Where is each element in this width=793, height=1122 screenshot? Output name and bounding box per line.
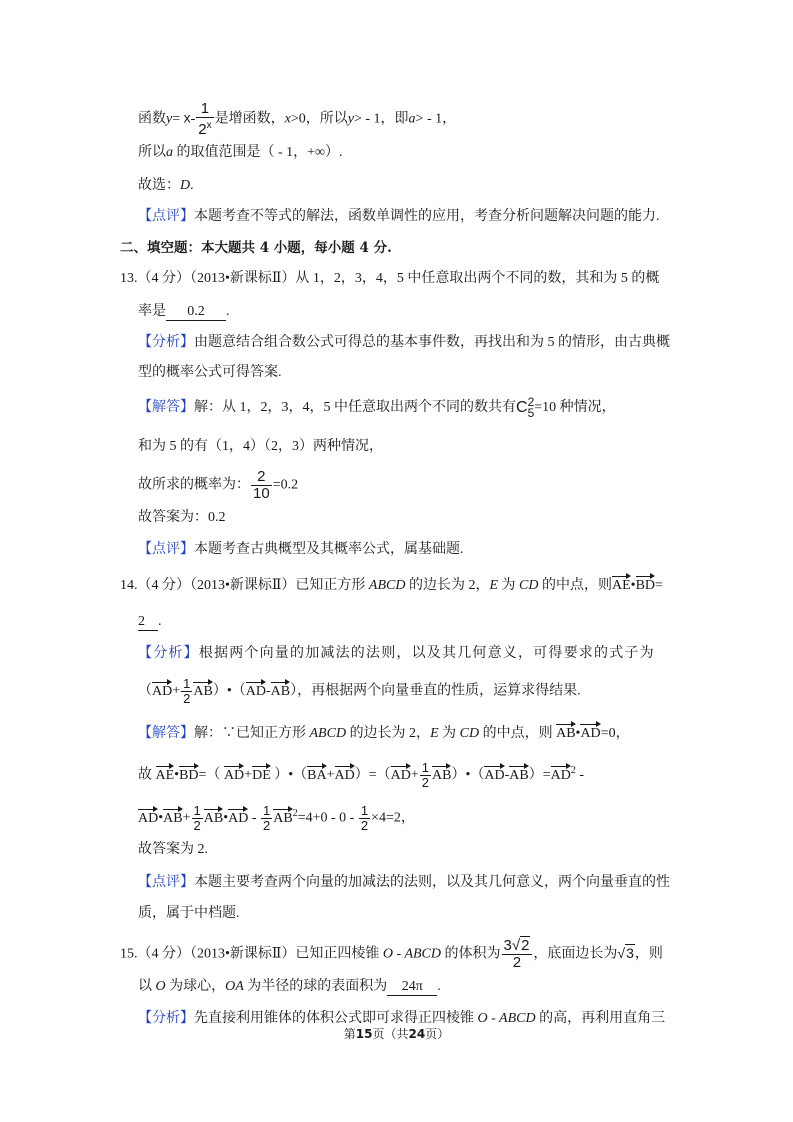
question-number: 13.: [120, 271, 138, 286]
text: 的中点，则: [539, 578, 613, 593]
question-stem: 从 1，2，3，4，5 中任意取出两个不同的数，其和为 5 的概: [295, 271, 659, 286]
var-pyramid: O - ABCD: [383, 947, 441, 962]
analysis-tag: 【分析】: [138, 1011, 194, 1026]
var-abcd: ABCD: [310, 726, 347, 741]
vector-ad: AD: [580, 722, 600, 742]
analysis-tag: 【分析】: [138, 335, 194, 350]
text: 的中点，则: [479, 726, 556, 741]
text: +: [172, 684, 180, 699]
text: =（: [199, 768, 224, 783]
analysis-tag: 【分析】: [138, 646, 199, 661]
vector-ae: AE: [612, 574, 631, 594]
vector-bd: BD: [179, 764, 198, 784]
text: 第: [344, 1027, 356, 1041]
radicand: 2: [520, 936, 530, 954]
prev-solution-line-1: 函数y= x-12x是增函数，x>0，所以y> - 1，即a> - 1，: [138, 101, 456, 138]
vector-ad: AD: [228, 807, 248, 827]
question-number: 15.: [120, 947, 138, 962]
denominator: 2: [192, 819, 203, 833]
var-o: O: [156, 979, 166, 994]
text: 为半径的球的表面积为: [244, 979, 388, 994]
denominator: 2: [502, 955, 533, 971]
q15-stem-line-2: 以 O 为球心，OA 为半径的球的表面积为24π.: [138, 977, 441, 997]
solution-tag: 【解答】: [138, 726, 194, 741]
numerator: 1: [196, 101, 213, 118]
q14-analysis-line-1: 【分析】根据两个向量的加减法的法则，以及其几何意义，可得要求的式子为: [138, 644, 655, 664]
vector-ab: AB: [204, 807, 223, 827]
fraction-half: 12: [192, 804, 203, 833]
total-pages: 24: [409, 1027, 426, 1041]
answer-choice: D: [180, 178, 190, 193]
fraction-volume: 3√22: [502, 938, 533, 971]
q13-stem-line-2: 率是0.2.: [138, 302, 230, 322]
text: （: [138, 684, 152, 699]
text: 的体积为: [441, 947, 501, 962]
text: >0，所以: [291, 112, 348, 127]
vector-ad: AD: [551, 764, 571, 784]
var-oa: OA: [225, 979, 244, 994]
vector-ae: AE: [156, 764, 175, 784]
question-meta: （4 分）（2013•新课标Ⅱ）: [138, 578, 296, 593]
text: ），再根据两个向量垂直的性质，运算求得结果.: [290, 684, 581, 699]
review-tag: 【点评】: [138, 542, 194, 557]
comb-letter: C: [516, 399, 528, 416]
coef: 3: [504, 937, 512, 954]
question-meta: （4 分）（2013•新课标Ⅱ）: [138, 271, 296, 286]
text: ×4=2，: [371, 811, 415, 826]
vector-ad: AD: [246, 680, 266, 700]
text: 的高，再利用直角三: [536, 1011, 666, 1026]
var-cd: CD: [519, 578, 538, 593]
numerator: 1: [192, 804, 203, 819]
text: 解：从 1，2，3，4，5 中任意取出两个不同的数共有: [194, 400, 516, 415]
answer-blank: 2: [138, 614, 158, 631]
text: 解：∵已知正方形: [194, 726, 310, 741]
sqrt-symbol: √2: [512, 938, 531, 954]
prev-review: 【点评】本题考查不等式的解法，函数单调性的应用，考查分析问题解决问题的能力.: [138, 207, 660, 227]
text: -: [248, 811, 260, 826]
question-number: 14.: [120, 578, 138, 593]
analysis-text: 根据两个向量的加减法的法则，以及其几何意义，可得要求的式子为: [199, 646, 655, 661]
fraction-half: 12: [420, 761, 431, 790]
text: 的边长为 2，: [346, 726, 430, 741]
q15-stem-line-1: 15.（4 分）（2013•新课标Ⅱ）已知正四棱锥 O - ABCD 的体积为3…: [120, 938, 663, 971]
denominator: 10: [251, 486, 272, 502]
q14-review-line-2: 质，属于中档题.: [138, 904, 240, 924]
text: 所以: [138, 145, 166, 160]
review-tag: 【点评】: [138, 209, 194, 224]
vector-de: DE: [252, 764, 271, 784]
q13-solution-line-3: 故所求的概率为：210=0.2: [138, 469, 298, 502]
q13-review: 【点评】本题考查古典概型及其概率公式，属基础题.: [138, 540, 464, 560]
analysis-text: 由题意结合组合数公式可得总的基本事件数，再找出和为 5 的情形，由古典概: [194, 335, 670, 350]
fraction-half: 12: [181, 677, 192, 706]
var-abcd: ABCD: [369, 578, 406, 593]
text: +: [183, 811, 191, 826]
text: +: [327, 768, 335, 783]
text: 先直接利用锥体的体积公式即可求得正四棱锥: [194, 1011, 478, 1026]
q14-solution-line-1: 【解答】解：∵已知正方形 ABCD 的边长为 2，E 为 CD 的中点，则 AB…: [138, 722, 630, 744]
denominator: 2: [359, 819, 370, 833]
vector-ab: AB: [163, 807, 182, 827]
text: 故所求的概率为：: [138, 478, 250, 493]
text: .: [437, 979, 441, 994]
q14-solution-line-2: 故 AE•BD=（ AD+DE ）•（BA+AD）=（AD+12AB）•（AD-…: [138, 761, 584, 790]
vector-ad: AD: [335, 764, 355, 784]
text: 页）: [425, 1027, 449, 1041]
q13-solution-line-4: 故答案为：0.2: [138, 508, 226, 528]
numerator: 2: [251, 469, 272, 486]
q14-solution-line-3: AD•AB+12AB•AD - 12AB2=4+0 - 0 - 12×4=2，: [138, 804, 415, 833]
denominator: 2: [420, 776, 431, 790]
text: 已知正四棱锥: [295, 947, 383, 962]
var-pyramid: O - ABCD: [478, 1011, 536, 1026]
vector-ad: AD: [152, 680, 172, 700]
fraction-half: 12: [359, 804, 370, 833]
text: ）=（: [355, 768, 391, 783]
section-title: 二、填空题：本大题共 4 小题，每小题 4 分.: [120, 238, 392, 258]
numerator: 1: [359, 804, 370, 819]
q14-stem-line-1: 14.（4 分）（2013•新课标Ⅱ）已知正方形 ABCD 的边长为 2，E 为…: [120, 574, 663, 596]
var-a: a: [409, 112, 416, 127]
radicand: 3: [625, 944, 635, 961]
q13-analysis-line-1: 【分析】由题意结合组合数公式可得总的基本事件数，再找出和为 5 的情形，由古典概: [138, 333, 670, 353]
combination-symbol: C25: [516, 397, 534, 419]
text: 的取值范围是（ - 1，+∞）.: [173, 145, 343, 160]
text: 故选：: [138, 178, 180, 193]
q13-analysis-line-2: 型的概率公式可得答案.: [138, 363, 282, 383]
text: 的边长为 2，: [405, 578, 489, 593]
text: ）•（: [271, 768, 307, 783]
base: 2: [198, 121, 206, 138]
var-a: a: [166, 145, 173, 160]
text: 为: [439, 726, 460, 741]
text: ）=: [529, 768, 551, 783]
text: 函数: [138, 112, 166, 127]
vector-ad: AD: [138, 807, 158, 827]
page-footer: 第15页（共24页）: [0, 1025, 793, 1042]
vector-bd: BD: [636, 574, 655, 594]
vector-ab: AB: [509, 764, 528, 784]
numerator: 1: [261, 804, 272, 819]
numerator: 3√2: [502, 938, 533, 955]
text: -: [576, 768, 584, 783]
q14-solution-line-4: 故答案为 2.: [138, 840, 208, 860]
q14-review-line-1: 【点评】本题主要考查两个向量的加减法的法则，以及其几何意义，两个向量垂直的性: [138, 873, 670, 893]
denominator: 2: [181, 692, 192, 706]
fraction: 210: [251, 469, 272, 502]
text: 故: [138, 768, 156, 783]
text: 已知正方形: [295, 578, 369, 593]
text: .: [158, 614, 162, 629]
vector-ad: AD: [391, 764, 411, 784]
sqrt-symbol: √3: [617, 943, 634, 963]
prev-solution-line-2: 所以a 的取值范围是（ - 1，+∞）.: [138, 143, 343, 163]
text: 为: [498, 578, 519, 593]
text: 为球心，: [166, 979, 226, 994]
text: .: [226, 304, 230, 319]
vector-ab: AB: [273, 807, 292, 827]
solution-tag: 【解答】: [138, 400, 194, 415]
numerator: 1: [420, 761, 431, 776]
q13-stem-line-1: 13.（4 分）（2013•新课标Ⅱ）从 1，2，3，4，5 中任意取出两个不同…: [120, 269, 659, 289]
review-text: 本题主要考查两个向量的加减法的法则，以及其几何意义，两个向量垂直的性: [194, 875, 670, 890]
text: > - 1，即: [354, 112, 409, 127]
text: =4+0 - 0 -: [298, 811, 358, 826]
denominator: 2x: [196, 118, 213, 138]
text: ，则: [635, 947, 663, 962]
text: 以: [138, 979, 156, 994]
review-text: 本题考查不等式的解法，函数单调性的应用，考查分析问题解决问题的能力.: [194, 209, 660, 224]
vector-ab: AB: [556, 722, 575, 742]
numerator: 1: [181, 677, 192, 692]
vector-ab: AB: [432, 764, 451, 784]
text: ）•（: [451, 768, 484, 783]
denominator: 2: [261, 819, 272, 833]
answer-blank: 0.2: [166, 304, 226, 321]
text: +: [411, 768, 419, 783]
prev-solution-line-3: 故选：D.: [138, 176, 194, 196]
var-e: E: [489, 578, 498, 593]
text: 率是: [138, 304, 166, 319]
current-page: 15: [356, 1027, 373, 1041]
text: =: [172, 112, 180, 127]
question-meta: （4 分）（2013•新课标Ⅱ）: [138, 947, 296, 962]
q13-solution-line-1: 【解答】解：从 1，2，3，4，5 中任意取出两个不同的数共有C25=10 种情…: [138, 397, 616, 419]
var-e: E: [430, 726, 439, 741]
review-text: 本题考查古典概型及其概率公式，属基础题.: [194, 542, 464, 557]
var-x: x: [184, 110, 191, 126]
text: 页（共: [372, 1027, 408, 1041]
vector-ad: AD: [224, 764, 244, 784]
text: +: [244, 768, 252, 783]
fraction-half: 12: [261, 804, 272, 833]
text: > - 1，: [416, 112, 457, 127]
answer-blank: 24π: [387, 979, 437, 996]
text: =: [655, 578, 663, 593]
vector-ab: AB: [271, 680, 290, 700]
vector-ab: AB: [193, 680, 212, 700]
review-tag: 【点评】: [138, 875, 194, 890]
text: ）•（: [213, 684, 246, 699]
q14-analysis-line-2: （AD+12AB）•（AD-AB），再根据两个向量垂直的性质，运算求得结果.: [138, 677, 581, 706]
text: ，底面边长为: [533, 947, 617, 962]
var-cd: CD: [460, 726, 479, 741]
text: -: [191, 112, 196, 127]
q14-stem-line-2: 2.: [138, 612, 162, 632]
vector-ba: BA: [307, 764, 326, 784]
text: =0.2: [273, 478, 298, 493]
text: =0，: [601, 726, 630, 741]
vector-ad: AD: [484, 764, 504, 784]
text: =10 种情况，: [534, 400, 615, 415]
text: 是增函数，: [215, 112, 285, 127]
q13-solution-line-2: 和为 5 的有（1，4）（2，3）两种情况，: [138, 437, 383, 457]
fraction: 12x: [196, 101, 213, 138]
text: .: [190, 178, 194, 193]
exponent: x: [207, 120, 212, 131]
